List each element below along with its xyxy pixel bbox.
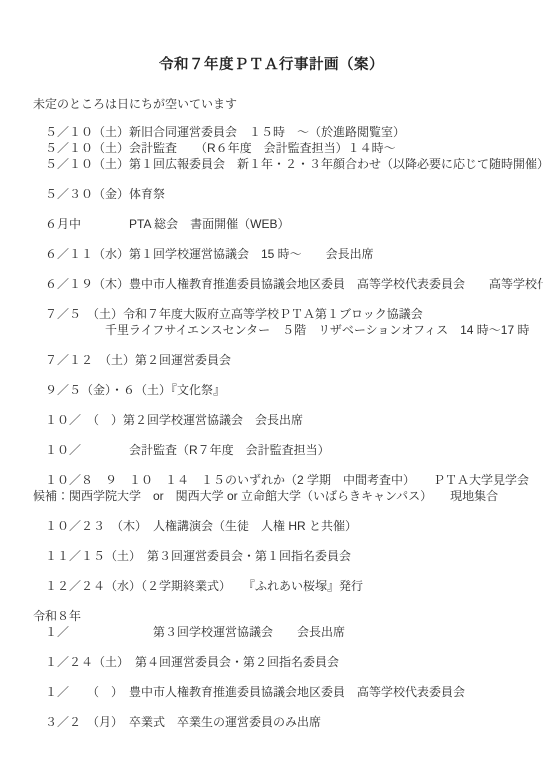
document-page: 令和７年度ＰＴＡ行事計画（案） 未定のところは日にちが空いています ５／１０（土… [0,0,543,768]
schedule-line: ６月中 PTA 総会 書面開催（WEB） [45,216,543,232]
schedule-line: ５／１０（土）第１回広報委員会 新１年・２・３年顔合わせ（以降必要に応じて随時開… [45,156,543,172]
schedule-line: １／２４（土） 第４回運営委員会・第２回指名委員会 [45,654,543,670]
schedule-line: １１／１５（土） 第３回運営委員会・第１回指名委員会 [45,548,543,564]
schedule-list: ５／１０（土）新旧合同運営委員会 １５時 ～（於進路閲覧室）５／１０（土）会計監… [0,124,543,730]
schedule-line: １０／２３ （木） 人権講演会（生徒 人権 HR と共催） [45,518,543,534]
schedule-line: 候補：関西学院大学 or 関西大学 or 立命館大学（いばらきキャンパス） 現地… [33,488,543,504]
schedule-line: ５／１０（土）新旧合同運営委員会 １５時 ～（於進路閲覧室） [45,124,543,140]
schedule-line: ７／１２ （土）第２回運営委員会 [45,352,543,368]
schedule-line: ５／３０（金）体育祭 [45,186,543,202]
schedule-line: ５／１０（土）会計監査 （R６年度 会計監査担当）１４時～ [45,140,543,156]
schedule-line: １０／８ ９ １０ １４ １５のいずれか（2 学期 中間考査中） ＰＴＡ大学見学… [45,472,543,488]
schedule-line: ７／５ （土）令和７年度大阪府立高等学校ＰＴＡ第１ブロック協議会 [45,306,543,322]
schedule-line: １／ （ ） 豊中市人権教育推進委員協議会地区委員 高等学校代表委員会 [45,684,543,700]
schedule-line: 千里ライフサイエンスセンター ５階 リザベーションオフィス 14 時～17 時 [105,322,543,338]
schedule-line: ６／１１（水）第１回学校運営協議会 15 時～ 会長出席 [45,246,543,262]
schedule-line: ６／１９（木）豊中市人権教育推進委員協議会地区委員 高等学校代表委員会 高等学校… [45,276,543,292]
schedule-line: １２／２４（水）（２学期終業式） 『ふれあい桜塚』発行 [45,578,543,594]
page-title: 令和７年度ＰＴＡ行事計画（案） [0,0,543,74]
schedule-line: ３／２ （月） 卒業式 卒業生の運営委員のみ出席 [45,714,543,730]
schedule-line: ９／５（金）・６（土）『文化祭』 [45,382,543,398]
schedule-line: 令和８年 [33,608,543,624]
schedule-line: １０／ （ ）第２回学校運営協議会 会長出席 [45,412,543,428]
note-line: 未定のところは日にちが空いています [33,96,543,112]
schedule-line: １０／ 会計監査（R７年度 会計監査担当） [45,442,543,458]
schedule-line: １／ 第３回学校運営協議会 会長出席 [45,624,543,640]
